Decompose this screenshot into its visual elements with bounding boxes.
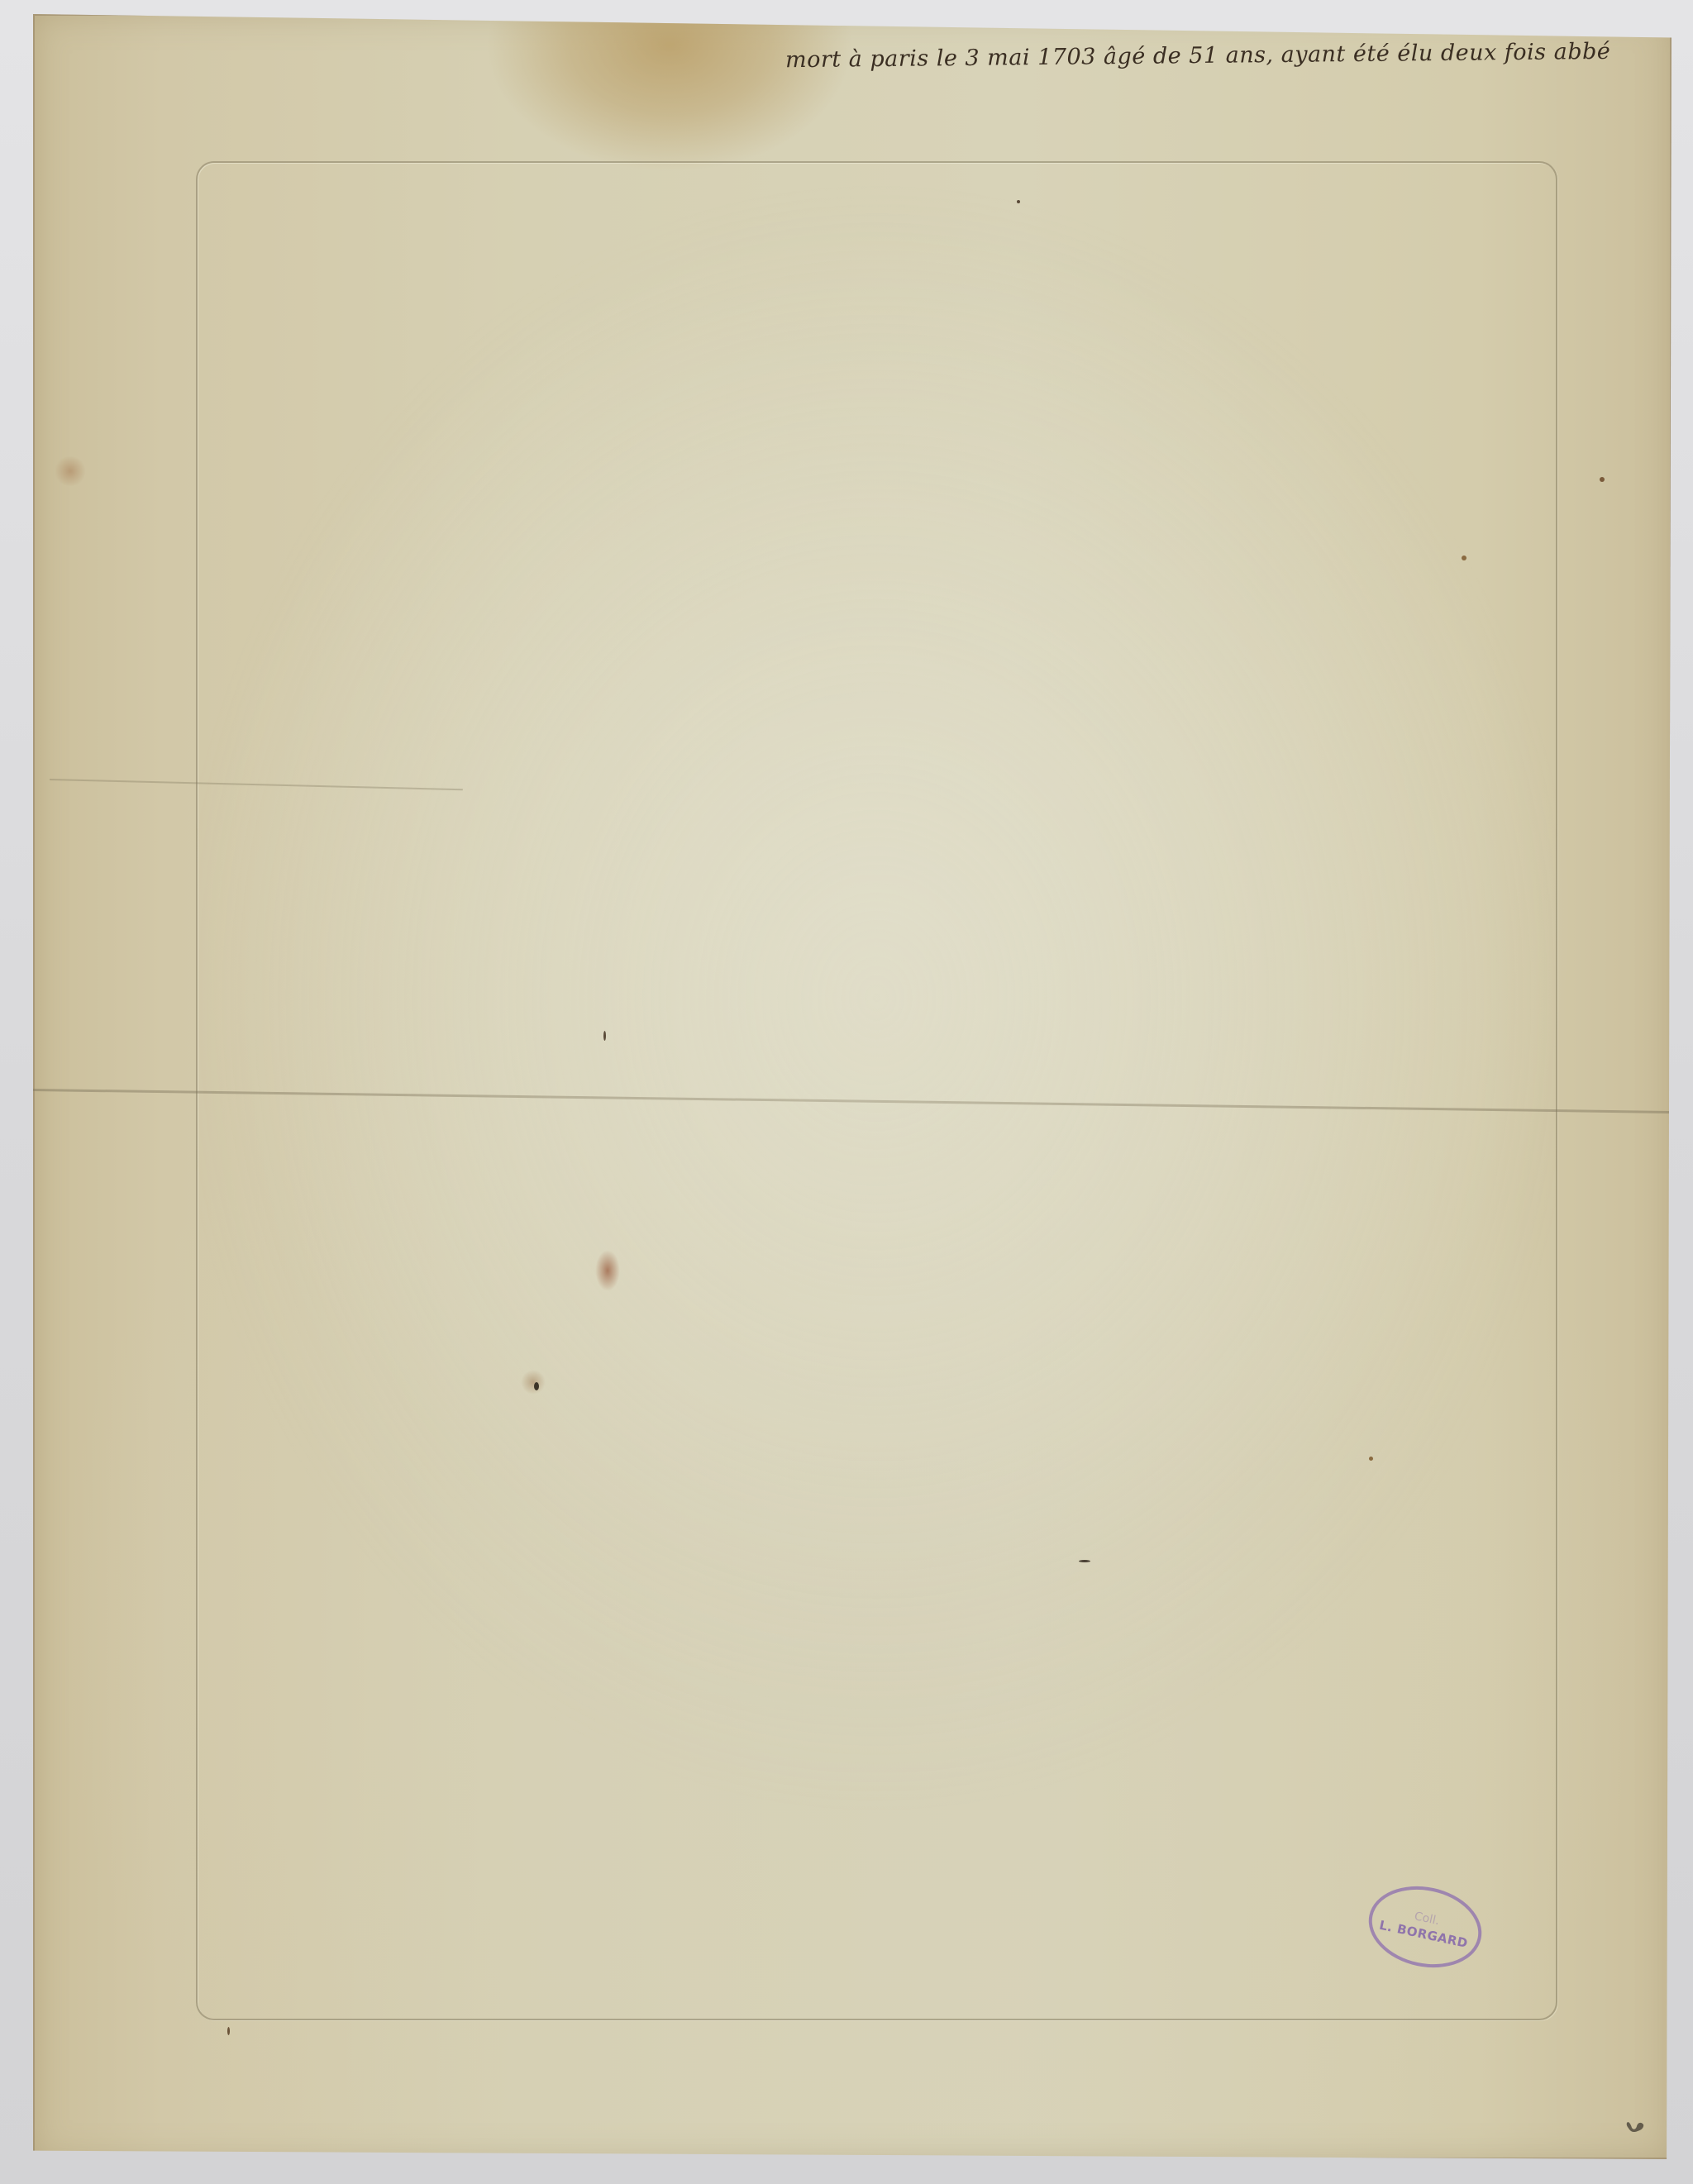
corner-mark [1624, 2118, 1646, 2136]
foxing-spot [1462, 556, 1466, 560]
foxing-spot [1600, 477, 1605, 482]
foxing-spot [521, 1370, 546, 1395]
foxing-spot [534, 1382, 539, 1390]
stain-top [479, 14, 860, 171]
foxing-spot [1369, 1457, 1373, 1461]
plate-mark [196, 161, 1557, 2020]
paper-sheet [33, 14, 1672, 2159]
foxing-spot [227, 2027, 230, 2035]
foxing-spot [595, 1250, 620, 1291]
foxing-spot [1017, 200, 1020, 203]
smudge-icon [1624, 2118, 1646, 2136]
foxing-spot [1079, 1560, 1090, 1562]
foxing-spot [603, 1031, 606, 1041]
foxing-spot [54, 456, 87, 486]
